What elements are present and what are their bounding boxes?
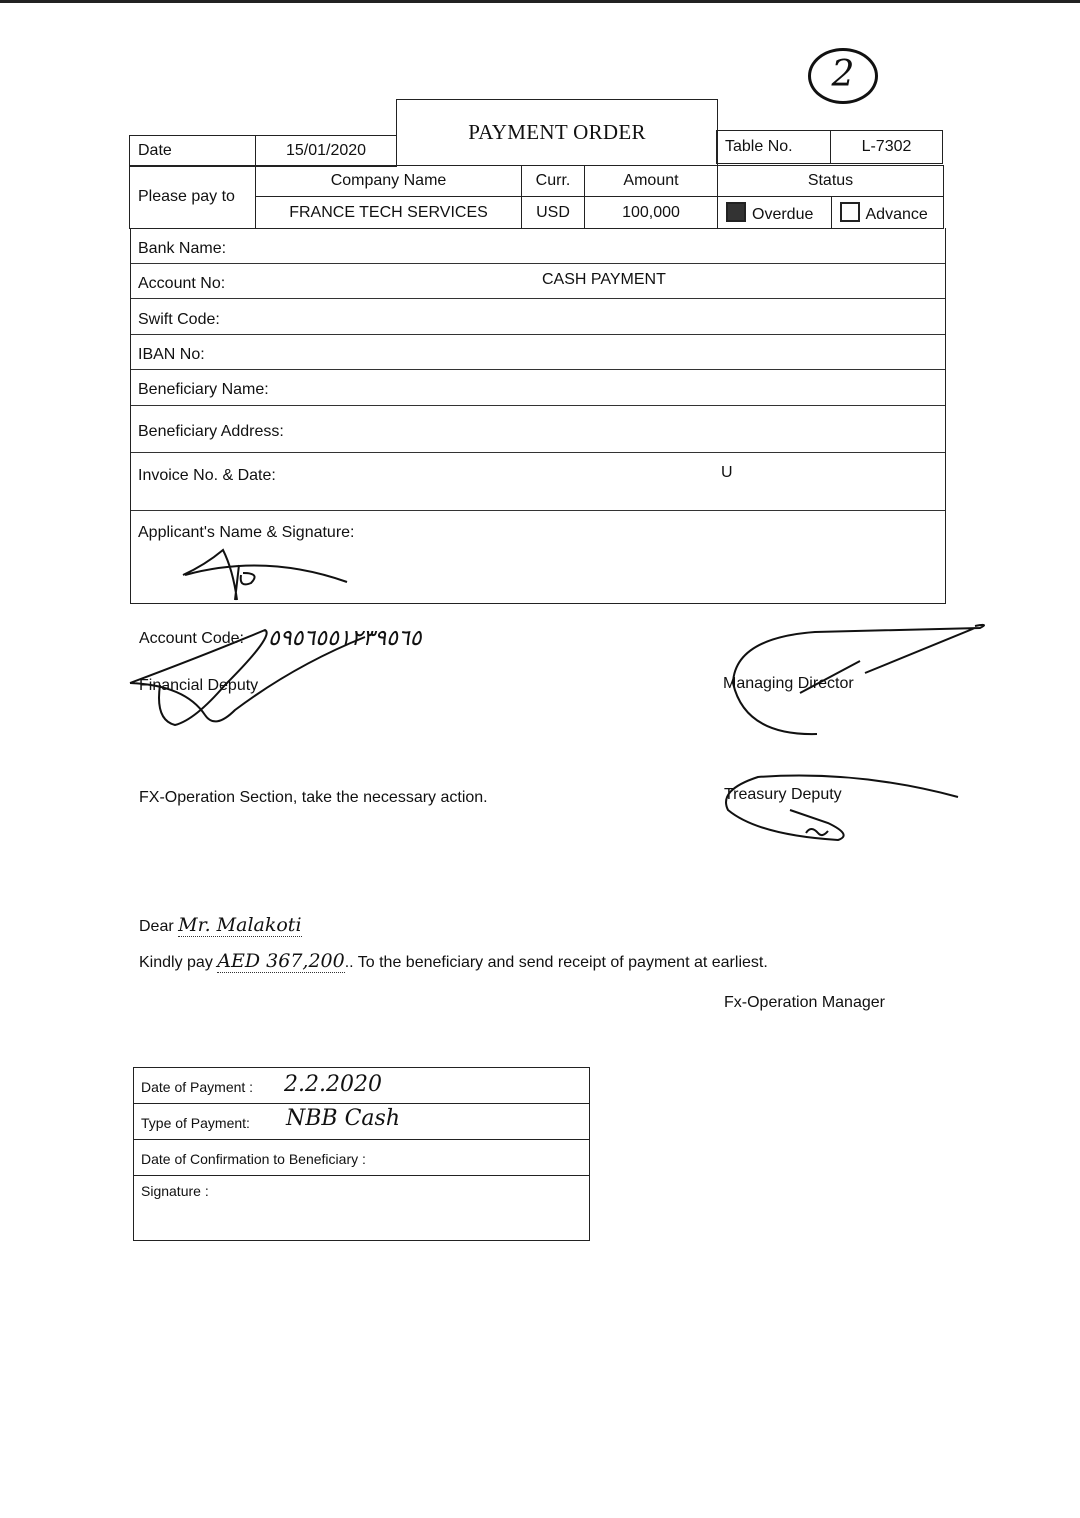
kindly-pay-amount-handwritten: AED 367,200 (217, 950, 344, 973)
field-bank-name: Bank Name: (131, 228, 945, 264)
signature-row: Signature : (134, 1176, 589, 1240)
kindly-pay-suffix: .. To the beneficiary and send receipt o… (345, 954, 768, 971)
invoice-label: Invoice No. & Date: (138, 467, 276, 485)
overdue-checkbox[interactable] (726, 202, 746, 222)
confirmation-date-row: Date of Confirmation to Beneficiary : (134, 1140, 589, 1176)
bank-name-label: Bank Name: (138, 240, 226, 258)
applicant-signature (175, 545, 355, 615)
form-title: PAYMENT ORDER (397, 120, 717, 145)
date-of-payment-label: Date of Payment : (141, 1079, 253, 1095)
page-number-mark: 2 (808, 48, 878, 104)
financial-deputy-signature (125, 625, 375, 735)
field-beneficiary-address: Beneficiary Address: (131, 405, 945, 453)
amount-value: 100,000 (585, 197, 718, 229)
date-of-payment-value: 2.2.2020 (284, 1072, 382, 1097)
please-pay-to-label: Please pay to (130, 166, 256, 229)
account-no-value: CASH PAYMENT (542, 271, 666, 289)
account-no-label: Account No: (138, 275, 225, 293)
status-header: Status (718, 166, 944, 197)
invoice-value: U (721, 464, 733, 482)
type-of-payment-label: Type of Payment: (141, 1115, 250, 1131)
status-advance[interactable]: Advance (831, 197, 944, 229)
overdue-label: Overdue (752, 206, 813, 223)
fx-instruction: FX-Operation Section, take the necessary… (139, 789, 488, 807)
amount-header: Amount (585, 166, 718, 197)
treasury-deputy-signature (718, 765, 963, 845)
payment-record-table: Date of Payment : 2.2.2020 Type of Payme… (133, 1067, 590, 1241)
date-of-payment-row: Date of Payment : 2.2.2020 (134, 1068, 589, 1104)
company-name-value: FRANCE TECH SERVICES (256, 197, 522, 229)
managing-director-signature (725, 618, 990, 743)
dear-label: Dear (139, 918, 174, 935)
kindly-pay-line: Kindly pay AED 367,200.. To the benefici… (139, 950, 768, 972)
confirmation-date-label: Date of Confirmation to Beneficiary : (141, 1151, 366, 1167)
date-value: 15/01/2020 (256, 136, 397, 167)
applicant-label: Applicant's Name & Signature: (138, 524, 355, 542)
company-name-header: Company Name (256, 166, 522, 197)
iban-label: IBAN No: (138, 346, 205, 364)
currency-header: Curr. (522, 166, 585, 197)
signature-label: Signature : (141, 1183, 209, 1199)
dear-line: Dear Mr. Malakoti (139, 914, 302, 936)
table-no-value: L-7302 (831, 131, 943, 164)
scan-edge (0, 0, 1080, 3)
swift-code-label: Swift Code: (138, 311, 220, 329)
kindly-pay-label: Kindly pay (139, 954, 213, 971)
beneficiary-address-label: Beneficiary Address: (138, 423, 284, 441)
fx-operation-manager: Fx-Operation Manager (724, 994, 885, 1012)
status-overdue[interactable]: Overdue (718, 197, 832, 229)
advance-label: Advance (866, 206, 928, 223)
title-box: PAYMENT ORDER (396, 99, 718, 166)
field-swift-code: Swift Code: (131, 298, 945, 335)
type-of-payment-value: NBB Cash (286, 1106, 400, 1131)
dear-recipient-handwritten: Mr. Malakoti (178, 914, 301, 937)
date-row: Date 15/01/2020 (129, 135, 397, 167)
advance-checkbox[interactable] (840, 202, 860, 222)
currency-value: USD (522, 197, 585, 229)
field-invoice: Invoice No. & Date: U (131, 452, 945, 511)
table-no-label: Table No. (717, 131, 831, 164)
field-beneficiary-name: Beneficiary Name: (131, 369, 945, 406)
field-account-no: Account No: CASH PAYMENT (131, 263, 945, 299)
date-label: Date (130, 136, 256, 167)
type-of-payment-row: Type of Payment: NBB Cash (134, 1104, 589, 1140)
beneficiary-name-label: Beneficiary Name: (138, 381, 269, 399)
field-iban: IBAN No: (131, 334, 945, 370)
pay-to-table: Please pay to Company Name Curr. Amount … (129, 165, 944, 229)
table-no-row: Table No. L-7302 (716, 130, 943, 164)
